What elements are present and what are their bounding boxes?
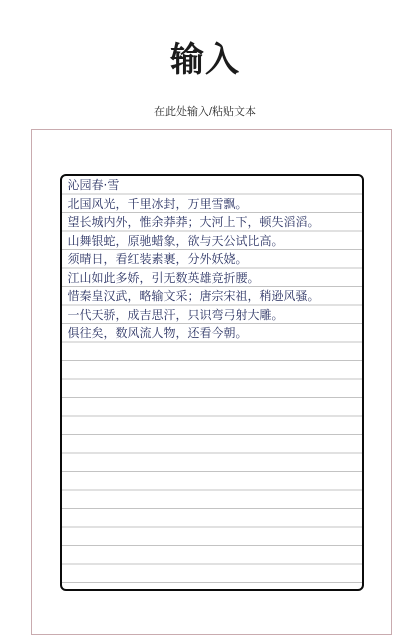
poem-line: 俱往矣，数风流人物，还看今朝。 <box>62 324 362 343</box>
poem-line: 沁园春·雪 <box>62 176 362 195</box>
input-panel: 沁园春·雪 北国风光，千里冰封，万里雪飘。 望长城内外，惟余莽莽；大河上下，顿失… <box>31 129 392 635</box>
poem-line: 惜秦皇汉武，略输文采；唐宗宋祖，稍逊风骚。 <box>62 287 362 306</box>
poem-line: 望长城内外，惟余莽莽；大河上下，顿失滔滔。 <box>62 213 362 232</box>
page-title: 输入 <box>0 32 410 81</box>
poem-line: 北国风光，千里冰封，万里雪飘。 <box>62 195 362 214</box>
text-input-area[interactable]: 沁园春·雪 北国风光，千里冰封，万里雪飘。 望长城内外，惟余莽莽；大河上下，顿失… <box>60 174 364 591</box>
input-hint-label: 在此处输入/粘贴文本 <box>0 103 410 119</box>
poem-line: 须晴日，看红装素裹，分外妖娆。 <box>62 250 362 269</box>
poem-line: 一代天骄，成吉思汗，只识弯弓射大雕。 <box>62 306 362 325</box>
poem-line: 山舞银蛇，原驰蜡象，欲与天公试比高。 <box>62 232 362 251</box>
input-page: 输入 在此处输入/粘贴文本 沁园春·雪 北国风光，千里冰封，万里雪飘。 望长城内… <box>0 32 410 635</box>
poem-line: 江山如此多娇，引无数英雄竞折腰。 <box>62 269 362 288</box>
